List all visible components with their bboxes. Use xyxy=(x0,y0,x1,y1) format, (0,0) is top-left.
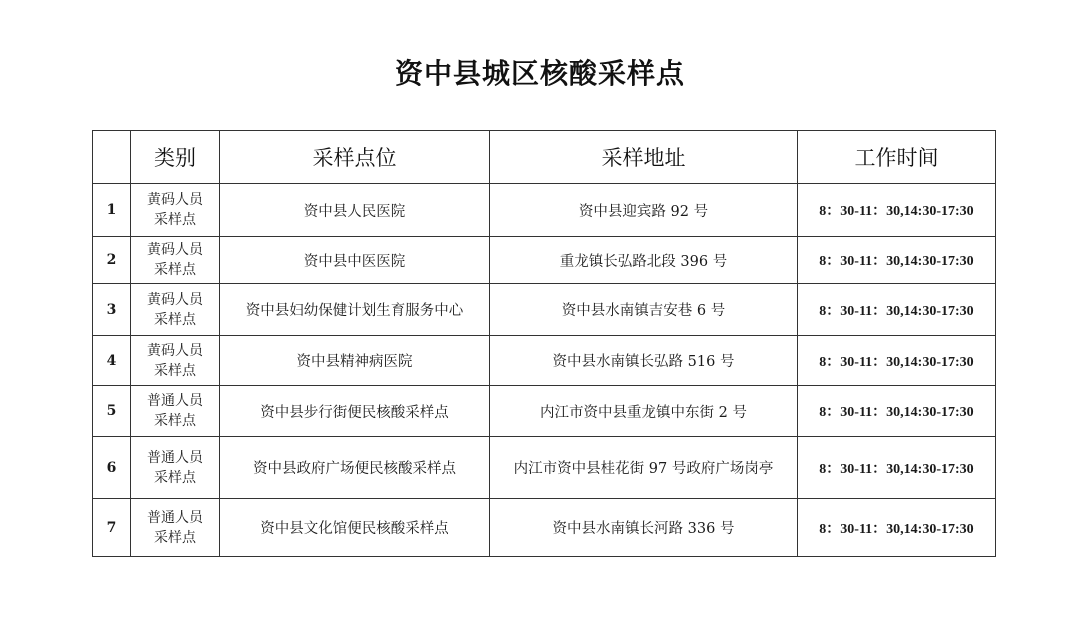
row-number: 2 xyxy=(93,237,131,284)
category-line2: 采样点 xyxy=(131,411,219,431)
sampling-sites-table: 类别 采样点位 采样地址 工作时间 1 黄码人员采样点 资中县人民医院 资中县迎… xyxy=(92,130,996,557)
row-number: 7 xyxy=(93,499,131,557)
row-address: 重龙镇长弘路北段 396 号 xyxy=(490,237,798,284)
row-site: 资中县文化馆便民核酸采样点 xyxy=(220,499,490,557)
row-hours: 8：30-11：30,14:30-17:30 xyxy=(798,386,996,437)
table-header-row: 类别 采样点位 采样地址 工作时间 xyxy=(93,131,996,184)
category-line2: 采样点 xyxy=(131,310,219,330)
table-row: 4 黄码人员采样点 资中县精神病医院 资中县水南镇长弘路 516 号 8：30-… xyxy=(93,336,996,386)
row-address: 内江市资中县桂花街 97 号政府广场岗亭 xyxy=(490,437,798,499)
row-site: 资中县妇幼保健计划生育服务中心 xyxy=(220,284,490,336)
category-line1: 黄码人员 xyxy=(131,190,219,210)
row-number: 4 xyxy=(93,336,131,386)
header-address: 采样地址 xyxy=(490,131,798,184)
row-address: 内江市资中县重龙镇中东街 2 号 xyxy=(490,386,798,437)
row-number: 1 xyxy=(93,184,131,237)
page-title: 资中县城区核酸采样点 xyxy=(0,52,1080,92)
row-number: 5 xyxy=(93,386,131,437)
table-row: 1 黄码人员采样点 资中县人民医院 资中县迎宾路 92 号 8：30-11：30… xyxy=(93,184,996,237)
category-line2: 采样点 xyxy=(131,468,219,488)
row-hours: 8：30-11：30,14:30-17:30 xyxy=(798,336,996,386)
row-number: 3 xyxy=(93,284,131,336)
row-category: 黄码人员采样点 xyxy=(131,284,220,336)
row-hours: 8：30-11：30,14:30-17:30 xyxy=(798,499,996,557)
row-hours: 8：30-11：30,14:30-17:30 xyxy=(798,437,996,499)
row-site: 资中县步行街便民核酸采样点 xyxy=(220,386,490,437)
category-line2: 采样点 xyxy=(131,361,219,381)
category-line1: 黄码人员 xyxy=(131,240,219,260)
category-line1: 普通人员 xyxy=(131,508,219,528)
category-line1: 普通人员 xyxy=(131,391,219,411)
row-site: 资中县中医医院 xyxy=(220,237,490,284)
category-line1: 黄码人员 xyxy=(131,341,219,361)
row-category: 黄码人员采样点 xyxy=(131,336,220,386)
row-site: 资中县人民医院 xyxy=(220,184,490,237)
table-row: 2 黄码人员采样点 资中县中医医院 重龙镇长弘路北段 396 号 8：30-11… xyxy=(93,237,996,284)
row-hours: 8：30-11：30,14:30-17:30 xyxy=(798,237,996,284)
row-category: 黄码人员采样点 xyxy=(131,184,220,237)
category-line2: 采样点 xyxy=(131,260,219,280)
row-hours: 8：30-11：30,14:30-17:30 xyxy=(798,184,996,237)
table-row: 3 黄码人员采样点 资中县妇幼保健计划生育服务中心 资中县水南镇吉安巷 6 号 … xyxy=(93,284,996,336)
row-category: 普通人员采样点 xyxy=(131,386,220,437)
row-category: 普通人员采样点 xyxy=(131,437,220,499)
table-row: 7 普通人员采样点 资中县文化馆便民核酸采样点 资中县水南镇长河路 336 号 … xyxy=(93,499,996,557)
row-address: 资中县水南镇长河路 336 号 xyxy=(490,499,798,557)
table-row: 5 普通人员采样点 资中县步行街便民核酸采样点 内江市资中县重龙镇中东街 2 号… xyxy=(93,386,996,437)
row-address: 资中县水南镇长弘路 516 号 xyxy=(490,336,798,386)
row-hours: 8：30-11：30,14:30-17:30 xyxy=(798,284,996,336)
row-address: 资中县水南镇吉安巷 6 号 xyxy=(490,284,798,336)
header-category: 类别 xyxy=(131,131,220,184)
table-row: 6 普通人员采样点 资中县政府广场便民核酸采样点 内江市资中县桂花街 97 号政… xyxy=(93,437,996,499)
header-hours: 工作时间 xyxy=(798,131,996,184)
category-line2: 采样点 xyxy=(131,210,219,230)
row-category: 普通人员采样点 xyxy=(131,499,220,557)
row-category: 黄码人员采样点 xyxy=(131,237,220,284)
category-line1: 黄码人员 xyxy=(131,290,219,310)
header-index xyxy=(93,131,131,184)
row-address: 资中县迎宾路 92 号 xyxy=(490,184,798,237)
row-number: 6 xyxy=(93,437,131,499)
header-site: 采样点位 xyxy=(220,131,490,184)
row-site: 资中县精神病医院 xyxy=(220,336,490,386)
category-line1: 普通人员 xyxy=(131,448,219,468)
row-site: 资中县政府广场便民核酸采样点 xyxy=(220,437,490,499)
category-line2: 采样点 xyxy=(131,528,219,548)
